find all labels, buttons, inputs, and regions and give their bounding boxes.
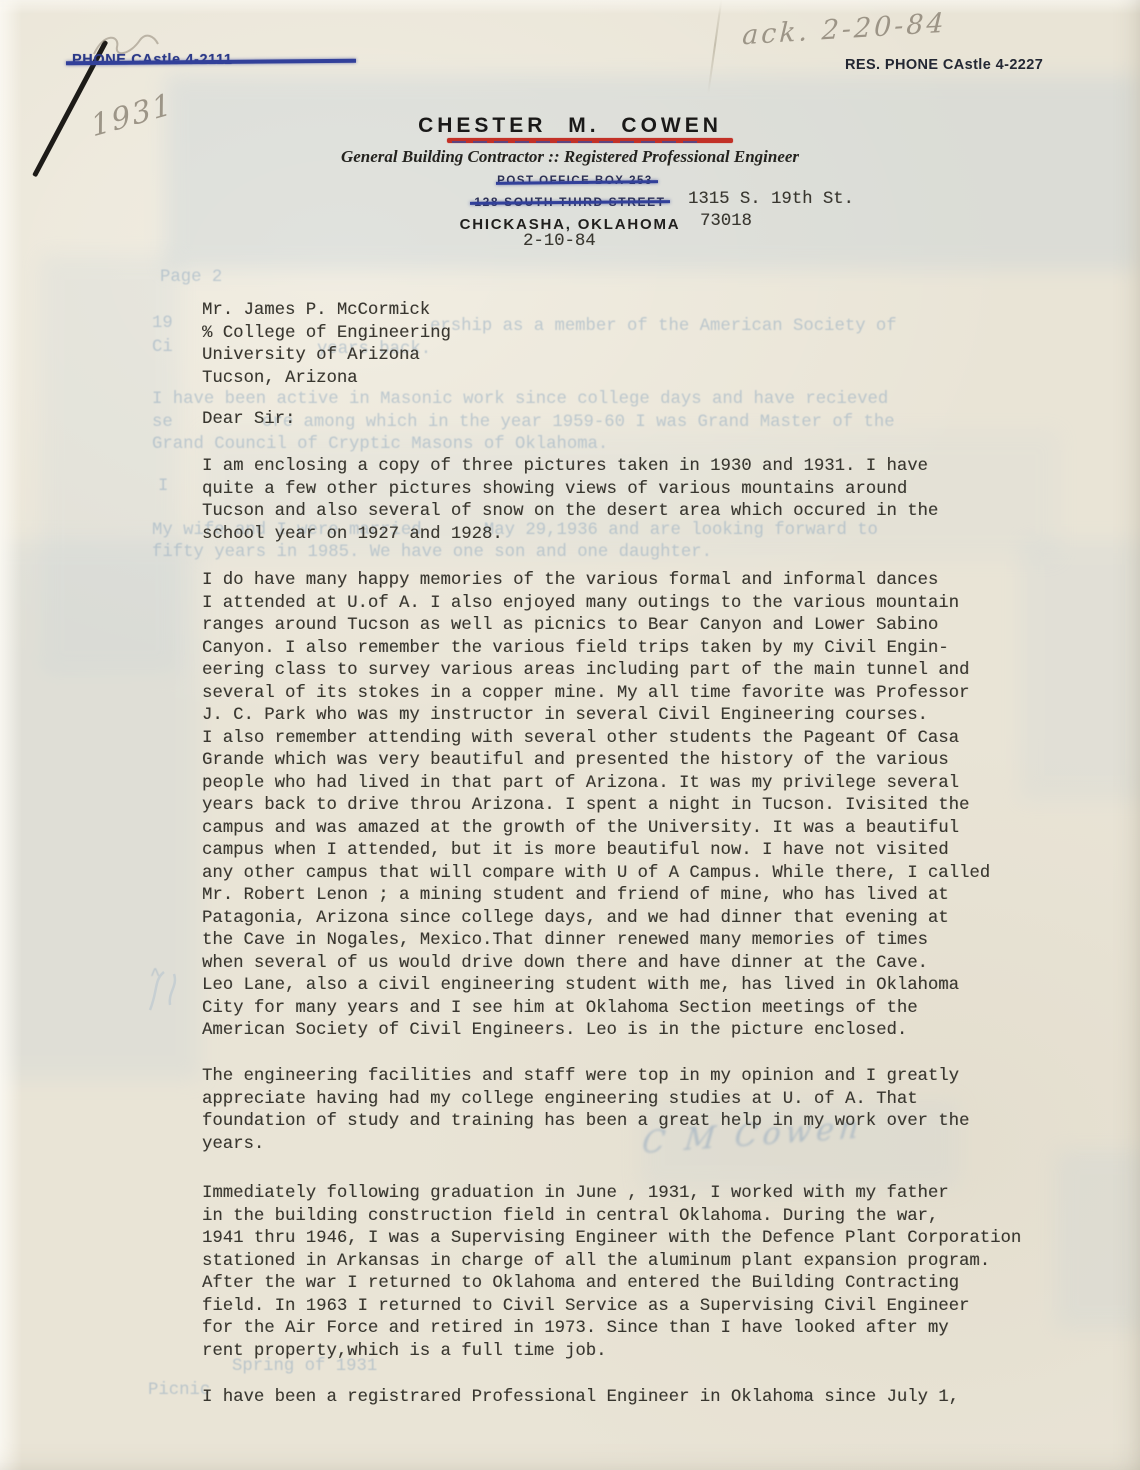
body-paragraph-2: I do have many happy memories of the var… [202, 570, 990, 1043]
ghost-text-fragment: I [158, 476, 168, 499]
body-paragraph-1: I am enclosing a copy of three pictures … [202, 456, 938, 546]
blue-wash [1055, 1150, 1140, 1330]
ghost-text-fragment: Page 2 [160, 267, 222, 290]
blue-wash [1020, 540, 1140, 800]
blue-dashed-line [452, 141, 704, 143]
ghost-text-fragment: Grand Council of Cryptic Masons of Oklah… [152, 434, 608, 457]
ghost-text-fragment: Ci [152, 337, 173, 360]
letter-scan-page: PHONE CAstle 4-2111 ack. 2-20-84 RES. PH… [0, 0, 1140, 1470]
body-paragraph-3: The engineering facilities and staff wer… [202, 1066, 969, 1156]
old-phone-number: PHONE CAstle 4-2111 [72, 52, 233, 68]
old-po-box-line: POST OFFICE BOX 253 [5, 175, 1140, 187]
ghost-text-fragment: se [152, 412, 173, 435]
ghost-text-fragment: ^ [150, 966, 160, 989]
letterhead-tagline: General Building Contractor :: Registere… [0, 147, 1140, 167]
paper-crease [707, 0, 723, 94]
typed-new-street: 1315 S. 19th St. [688, 189, 854, 212]
old-street-line: 128 SOUTH THIRD STREET [0, 195, 1140, 209]
received-date-annotation: ack. 2-20-84 [742, 8, 948, 52]
letterhead-name: CHESTER M. COWEN [0, 114, 1140, 138]
ghost-margin-marks [140, 950, 200, 1020]
salutation: Dear Sir: [202, 409, 295, 432]
residence-phone-number: RES. PHONE CAstle 4-2227 [845, 57, 1043, 73]
body-paragraph-4: Immediately following graduation in June… [202, 1183, 1021, 1363]
body-paragraph-5: I have been a registrared Professional E… [202, 1387, 959, 1410]
typed-date: 2-10-84 [523, 231, 596, 254]
ghost-text-fragment: 19 [152, 313, 173, 336]
ghost-text-fragment: ership as a member of the American Socie… [430, 316, 897, 339]
blue-wash [0, 540, 200, 1080]
ghost-text-fragment: ore among which in the year 1959-60 I wa… [262, 412, 895, 435]
ghost-text-fragment: Picnic [148, 1380, 210, 1403]
blue-wash [165, 75, 1140, 270]
recipient-address-block: Mr. James P. McCormick % College of Engi… [202, 300, 451, 390]
